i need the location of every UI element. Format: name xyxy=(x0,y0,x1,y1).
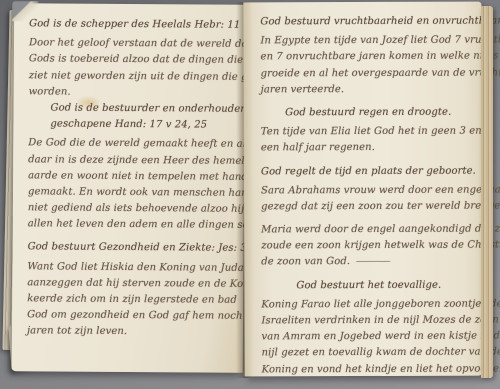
manuscript-photo: God is de schepper des Heelals Hebr: 11 … xyxy=(0,0,500,389)
manuscript-line: daar in is deze zijnde een Heer des heme… xyxy=(28,152,238,170)
manuscript-line: gezegd dat zij een zoon zou ter wereld b… xyxy=(261,198,476,215)
section-heading: God bestuurt Gezondheid en Ziekte: Jes: … xyxy=(28,240,238,258)
right-page: God bestuurd vruchtbaarheid en onvruchtb… xyxy=(243,2,482,377)
manuscript-line: aanzeggen dat hij sterven zoude en de Ko… xyxy=(27,275,237,293)
manuscript-line: Door het geloof verstaan dat de wereld d… xyxy=(29,35,239,53)
manuscript-line: en 7 onvruchtbare jaren komen in welke n… xyxy=(261,49,476,66)
section-heading: God bestuurd vruchtbaarheid en onvruchtb… xyxy=(260,14,475,31)
manuscript-line: ziet niet geworden zijn uit de dingen di… xyxy=(29,68,239,86)
manuscript-line: Ten tijde van Elia liet God het in geen … xyxy=(261,124,476,141)
manuscript-line: Maria werd door de engel aangekondigd da… xyxy=(261,222,476,239)
section-heading: geschapene Hand: 17 v 24, 25 xyxy=(28,116,238,134)
right-page-text: God bestuurd vruchtbaarheid en onvruchtb… xyxy=(243,2,482,377)
manuscript-line: worden. xyxy=(29,84,239,102)
manuscript-line: jaren verteerde. xyxy=(261,81,476,98)
manuscript-line: Sara Abrahams vrouw werd door een engel … xyxy=(261,182,476,199)
fore-edge-pages xyxy=(481,6,493,378)
manuscript-line: van Amram en Jogebed werd in een kistje … xyxy=(261,329,476,346)
section-title: God is de schepper des Heelals Hebr: 11 … xyxy=(29,16,239,34)
manuscript-line: In Egypte ten tijde van Jozef liet God 7… xyxy=(260,33,475,50)
section-heading: God regelt de tijd en plaats der geboort… xyxy=(261,163,476,180)
manuscript-line: een half jaar regenen. xyxy=(261,140,476,157)
manuscript-line: God om gezondheid en God gaf hem noch 15 xyxy=(27,307,237,325)
left-page: God is de schepper des Heelals Hebr: 11 … xyxy=(12,3,246,373)
manuscript-line: Gods is toebereid alzoo dat de dingen di… xyxy=(29,52,239,70)
left-page-text: God is de schepper des Heelals Hebr: 11 … xyxy=(12,3,246,373)
manuscript-line: niet gediend als iets behoevende alzoo h… xyxy=(28,200,238,218)
manuscript-line: nijl gezet en toevallig kwam de dochter … xyxy=(262,345,477,362)
manuscript-line: aarde en woont niet in tempelen met hand… xyxy=(28,168,238,186)
flourish-line xyxy=(356,261,390,262)
manuscript-line: Want God liet Hiskia den Koning van Juda xyxy=(27,259,237,277)
manuscript-line: gemaakt. En wordt ook van menschen hande… xyxy=(28,184,238,202)
manuscript-line: Israeliten verdrinken in de nijl Mozes d… xyxy=(261,313,476,330)
manuscript-line: De God die de wereld gemaakt heeft en al… xyxy=(28,136,238,154)
section-heading: God bestuurd regen en droogte. xyxy=(261,105,476,122)
manuscript-line: keerde zich om in zijn legerstede en bad xyxy=(27,291,237,309)
section-heading: God is de bestuurder en onderhouder van … xyxy=(28,100,238,118)
manuscript-line: allen het leven den adem en alle dingen … xyxy=(28,217,238,235)
manuscript-line: zoude een zoon krijgen hetwelk was de Ch… xyxy=(261,238,476,255)
manuscript-line: jaren tot zijn leven. xyxy=(27,324,237,342)
manuscript-line: de zoon van God. xyxy=(261,254,476,271)
manuscript-line: Koning en vond het kindje en liet het op… xyxy=(262,361,477,378)
manuscript-line: groeide en al het overgespaarde van de v… xyxy=(261,65,476,82)
manuscript-line-text: de zoon van God. xyxy=(261,256,350,267)
manuscript-line: Koning Farao liet alle jonggeboren zoont… xyxy=(261,296,476,313)
open-notebook: God is de schepper des Heelals Hebr: 11 … xyxy=(0,0,500,389)
section-heading: God bestuurt het toevallige. xyxy=(261,277,476,294)
